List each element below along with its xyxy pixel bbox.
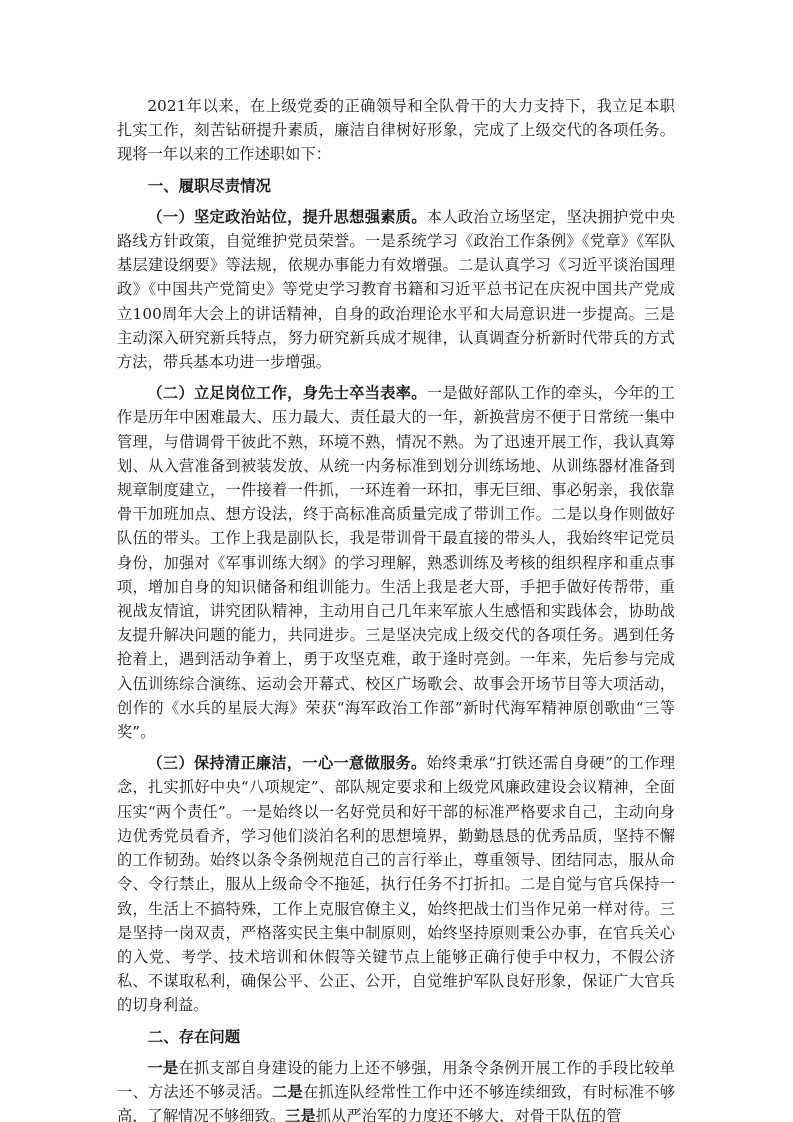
paragraph-body: 始终秉承“打铁还需自身硬”的工作理念，扎实抓好中央“八项规定”、部队规定要求和上… xyxy=(117,754,675,1014)
paragraph-lead: （三）保持清正廉洁，一心一意做服务。 xyxy=(147,754,426,772)
paragraph-body: 本人政治立场坚定，坚决拥护党中央路线方针政策，自觉维护党员荣誉。一是系统学习《政… xyxy=(117,208,675,371)
problems-paragraph: 一是在抓支部自身建设的能力上还不够强，用条令条例开展工作的手段比较单一、方法还不… xyxy=(117,1056,675,1122)
problem-lead-1: 一是 xyxy=(147,1059,178,1077)
problem-lead-2: 二是 xyxy=(272,1083,303,1101)
document-page: 2021年以来，在上级党委的正确领导和全队骨干的大力支持下，我立足本职扎实工作，… xyxy=(117,94,675,1122)
duty-paragraph-political: （一）坚定政治站位，提升思想强素质。本人政治立场坚定，坚决拥护党中央路线方针政策… xyxy=(117,205,675,374)
section-heading-duties: 一、履职尽责情况 xyxy=(117,174,675,198)
problem-lead-3: 三是 xyxy=(285,1107,316,1122)
duty-paragraph-integrity: （三）保持清正廉洁，一心一意做服务。始终秉承“打铁还需自身硬”的工作理念，扎实抓… xyxy=(117,751,675,1017)
problem-body-3: 抓从严治军的力度还不够大，对骨干队伍的管 xyxy=(316,1107,622,1122)
duty-paragraph-post: （二）立足岗位工作，身先士卒当表率。一是做好部队工作的牵头，今年的工作是历年中困… xyxy=(117,381,675,744)
section-heading-problems: 二、存在问题 xyxy=(117,1025,675,1049)
paragraph-lead: （一）坚定政治站位，提升思想强素质。 xyxy=(147,208,426,226)
intro-paragraph: 2021年以来，在上级党委的正确领导和全队骨干的大力支持下，我立足本职扎实工作，… xyxy=(117,94,675,167)
paragraph-lead: （二）立足岗位工作，身先士卒当表率。 xyxy=(147,384,426,402)
paragraph-body: 一是做好部队工作的牵头，今年的工作是历年中困难最大、压力最大、责任最大的一年，新… xyxy=(117,384,675,741)
